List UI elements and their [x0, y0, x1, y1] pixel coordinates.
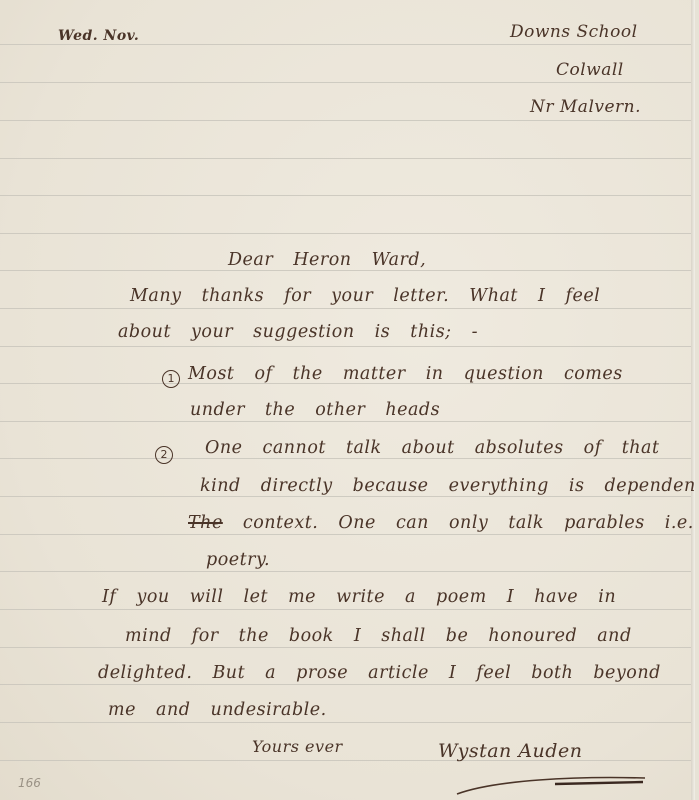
- closing-paragraph-line: delighted. But a prose article I feel bo…: [98, 663, 661, 683]
- point-line: One cannot talk about absolutes of that: [205, 438, 660, 458]
- rule-line: [0, 158, 695, 159]
- point-number-badge: 2: [155, 446, 173, 464]
- point-line: under the other heads: [190, 400, 440, 420]
- signature-underline-flourish: [455, 770, 655, 798]
- address-line-school: Downs School: [510, 22, 638, 42]
- address-line-town: Nr Malvern.: [530, 97, 641, 117]
- struck-word: The: [188, 513, 223, 533]
- letter-page: Wed. Nov. Downs School Colwall Nr Malver…: [0, 0, 695, 800]
- paper-edge: [691, 0, 695, 800]
- signature: Wystan Auden: [438, 740, 582, 762]
- rule-line: [0, 346, 695, 347]
- rule-line: [0, 44, 695, 45]
- rule-line: [0, 534, 695, 535]
- point-line: kind directly because everything is depe…: [200, 476, 695, 496]
- rule-line: [0, 120, 695, 121]
- point-number-badge: 1: [162, 370, 180, 388]
- letter-date: Wed. Nov.: [58, 28, 139, 44]
- rule-line: [0, 233, 695, 234]
- rule-line: [0, 760, 695, 761]
- closing-paragraph-line: me and undesirable.: [108, 700, 327, 720]
- rule-line: [0, 308, 695, 309]
- address-line-village: Colwall: [556, 60, 624, 80]
- opening-line: about your suggestion is this; -: [118, 322, 478, 342]
- rule-line: [0, 647, 695, 648]
- point-line: poetry.: [206, 550, 270, 570]
- archive-pencil-number: 166: [18, 776, 41, 790]
- rule-line: [0, 82, 695, 83]
- closing-paragraph-line: mind for the book I shall be honoured an…: [125, 626, 632, 646]
- point-line-with-strikeout: The context. One can only talk parables …: [188, 513, 694, 533]
- rule-line: [0, 195, 695, 196]
- rule-line: [0, 684, 695, 685]
- rule-line: [0, 571, 695, 572]
- opening-line: Many thanks for your letter. What I feel: [130, 286, 600, 306]
- rule-line: [0, 421, 695, 422]
- rule-line: [0, 270, 695, 271]
- point-line: Most of the matter in question comes: [188, 364, 623, 384]
- rule-line: [0, 496, 695, 497]
- valediction: Yours ever: [252, 737, 343, 756]
- salutation: Dear Heron Ward,: [228, 250, 426, 270]
- rule-line: [0, 722, 695, 723]
- rule-line: [0, 609, 695, 610]
- point-line-text: context. One can only talk parables i.e.: [243, 513, 694, 533]
- closing-paragraph-line: If you will let me write a poem I have i…: [102, 587, 616, 607]
- rule-line: [0, 458, 695, 459]
